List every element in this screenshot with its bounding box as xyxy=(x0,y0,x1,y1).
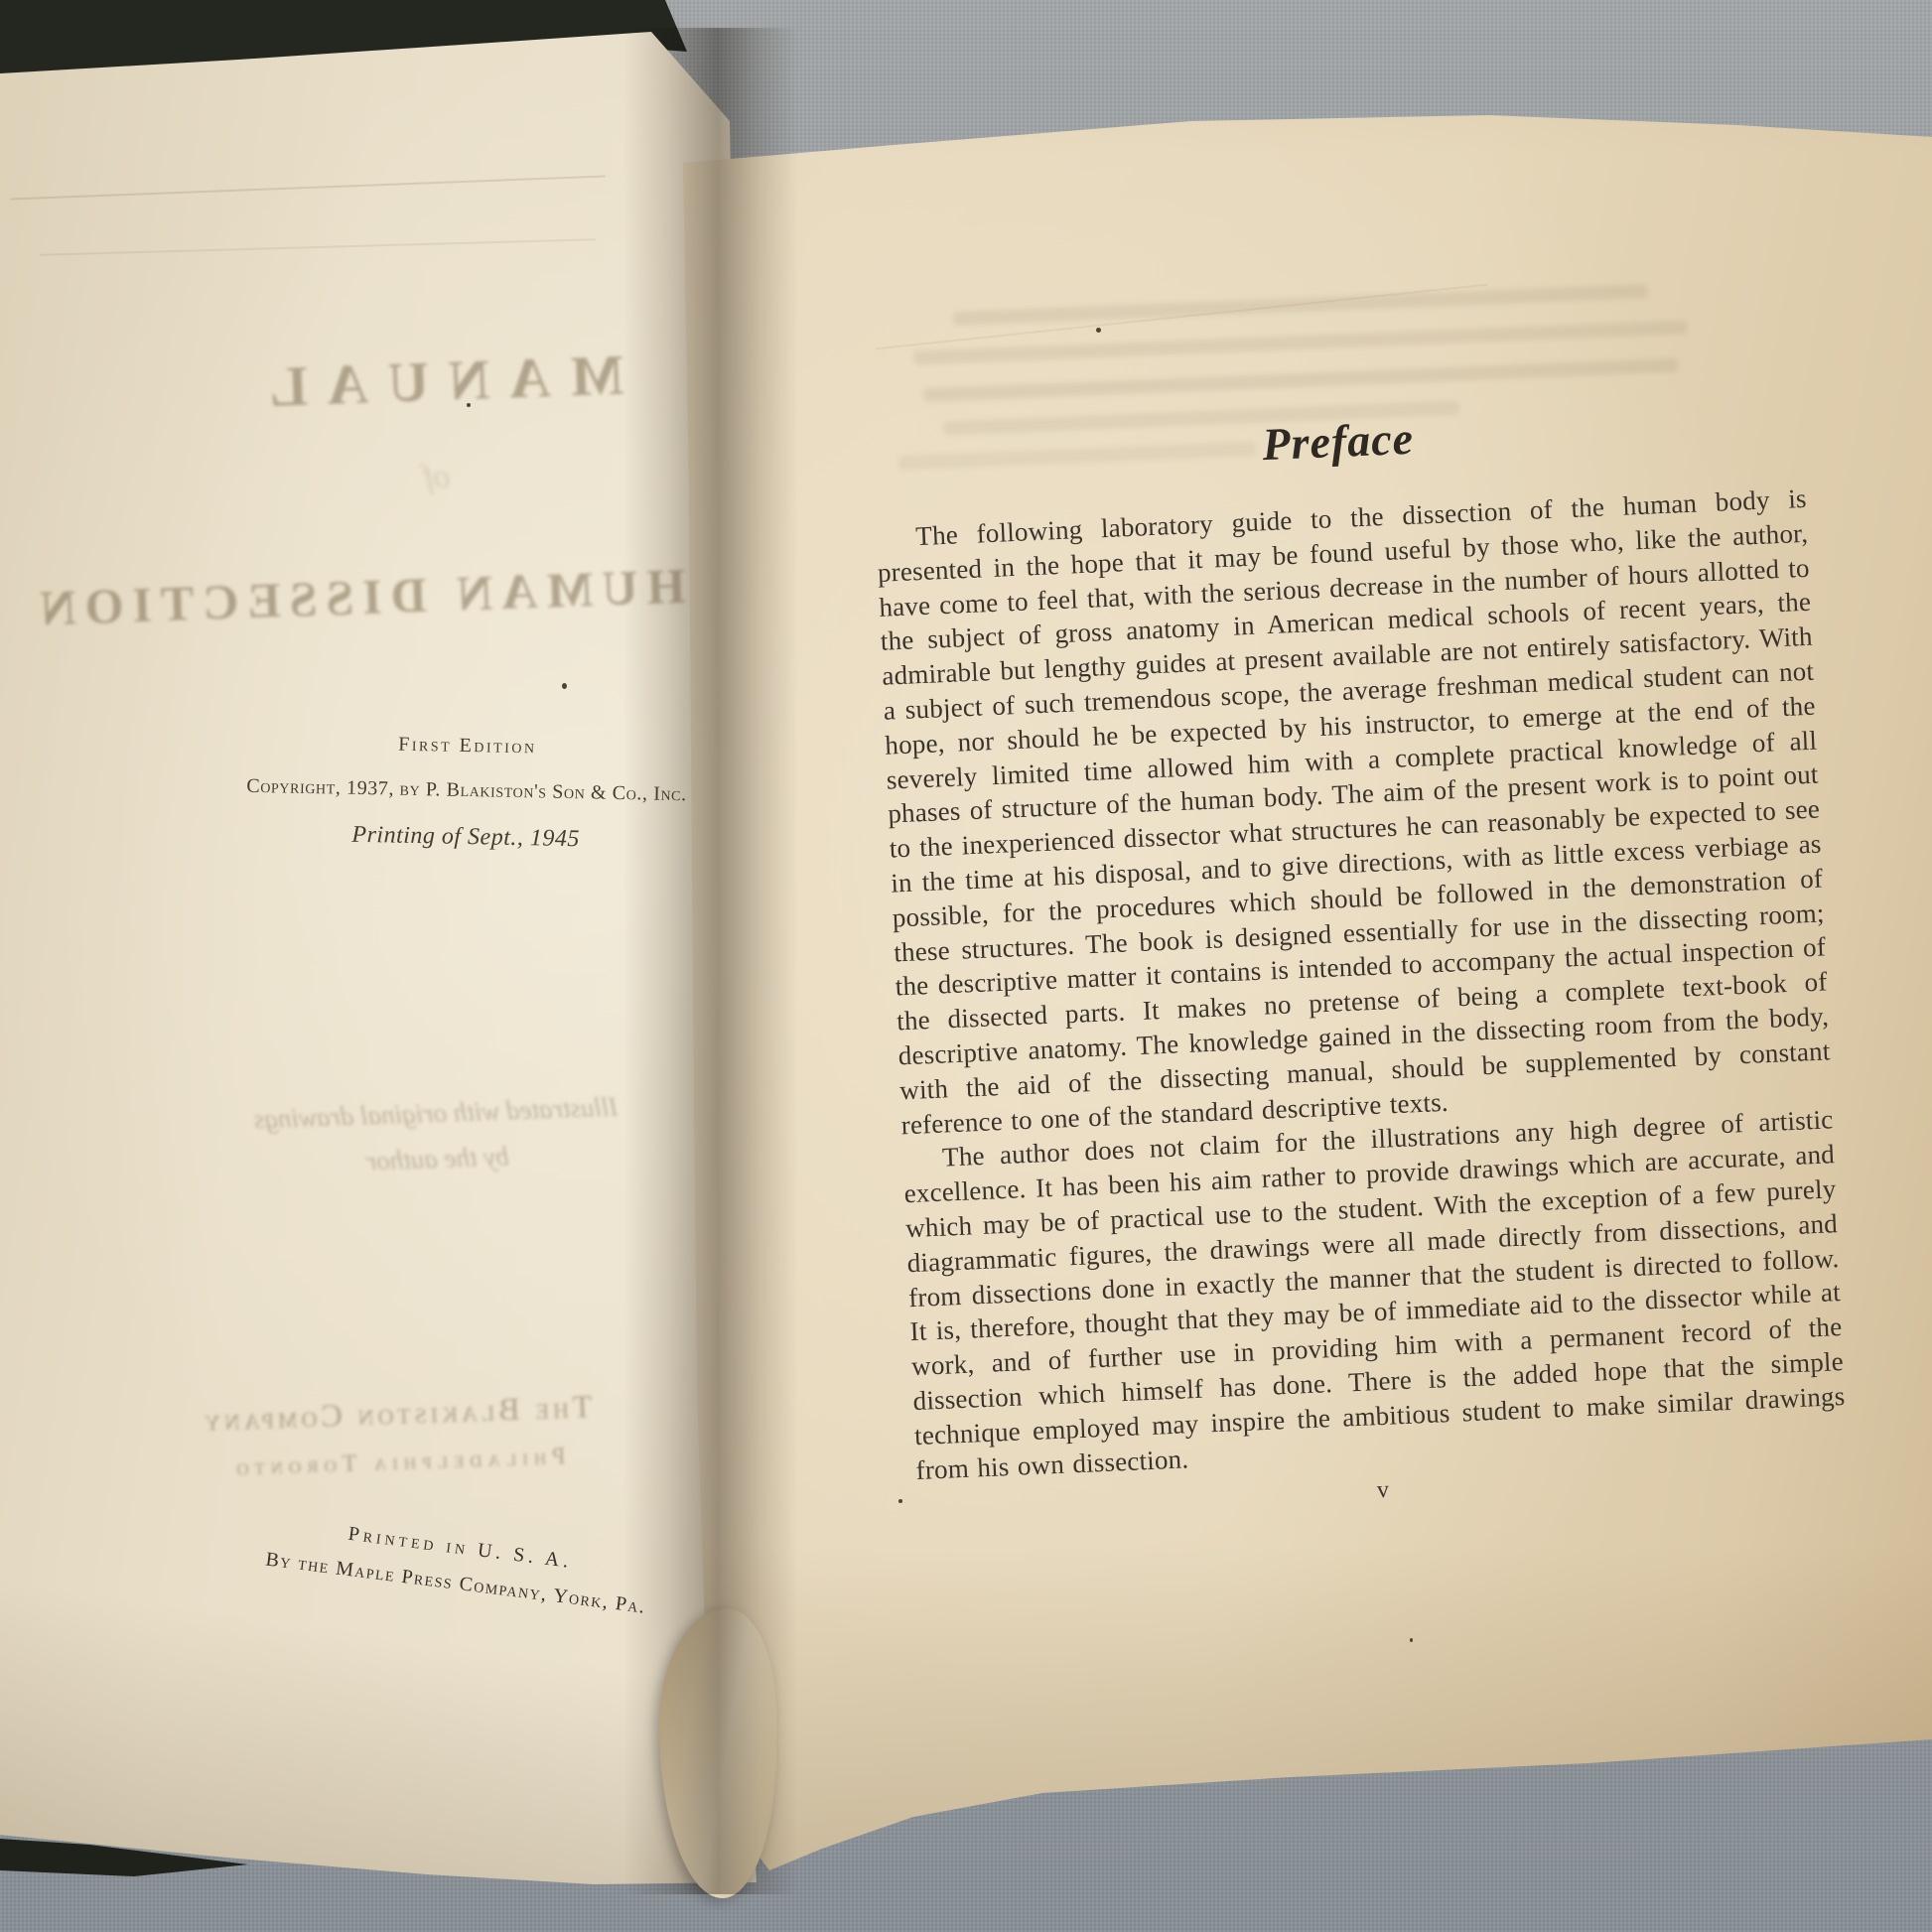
edition-copyright-block: First Edition Copyright, 1937, by P. Bla… xyxy=(217,730,716,856)
preface-paragraph-2: The author does not claim for the illust… xyxy=(901,1103,1847,1488)
copyright-line: Copyright, 1937, by P. Blakiston's Son &… xyxy=(218,774,715,807)
preface-page-content: Preface The following laboratory guide t… xyxy=(872,395,1849,1524)
book-photo: MANUAL of HUMAN DISSECTION Illustrated w… xyxy=(0,0,1932,1932)
preface-paragraph-1: The following laboratory guide to the di… xyxy=(876,482,1833,1143)
